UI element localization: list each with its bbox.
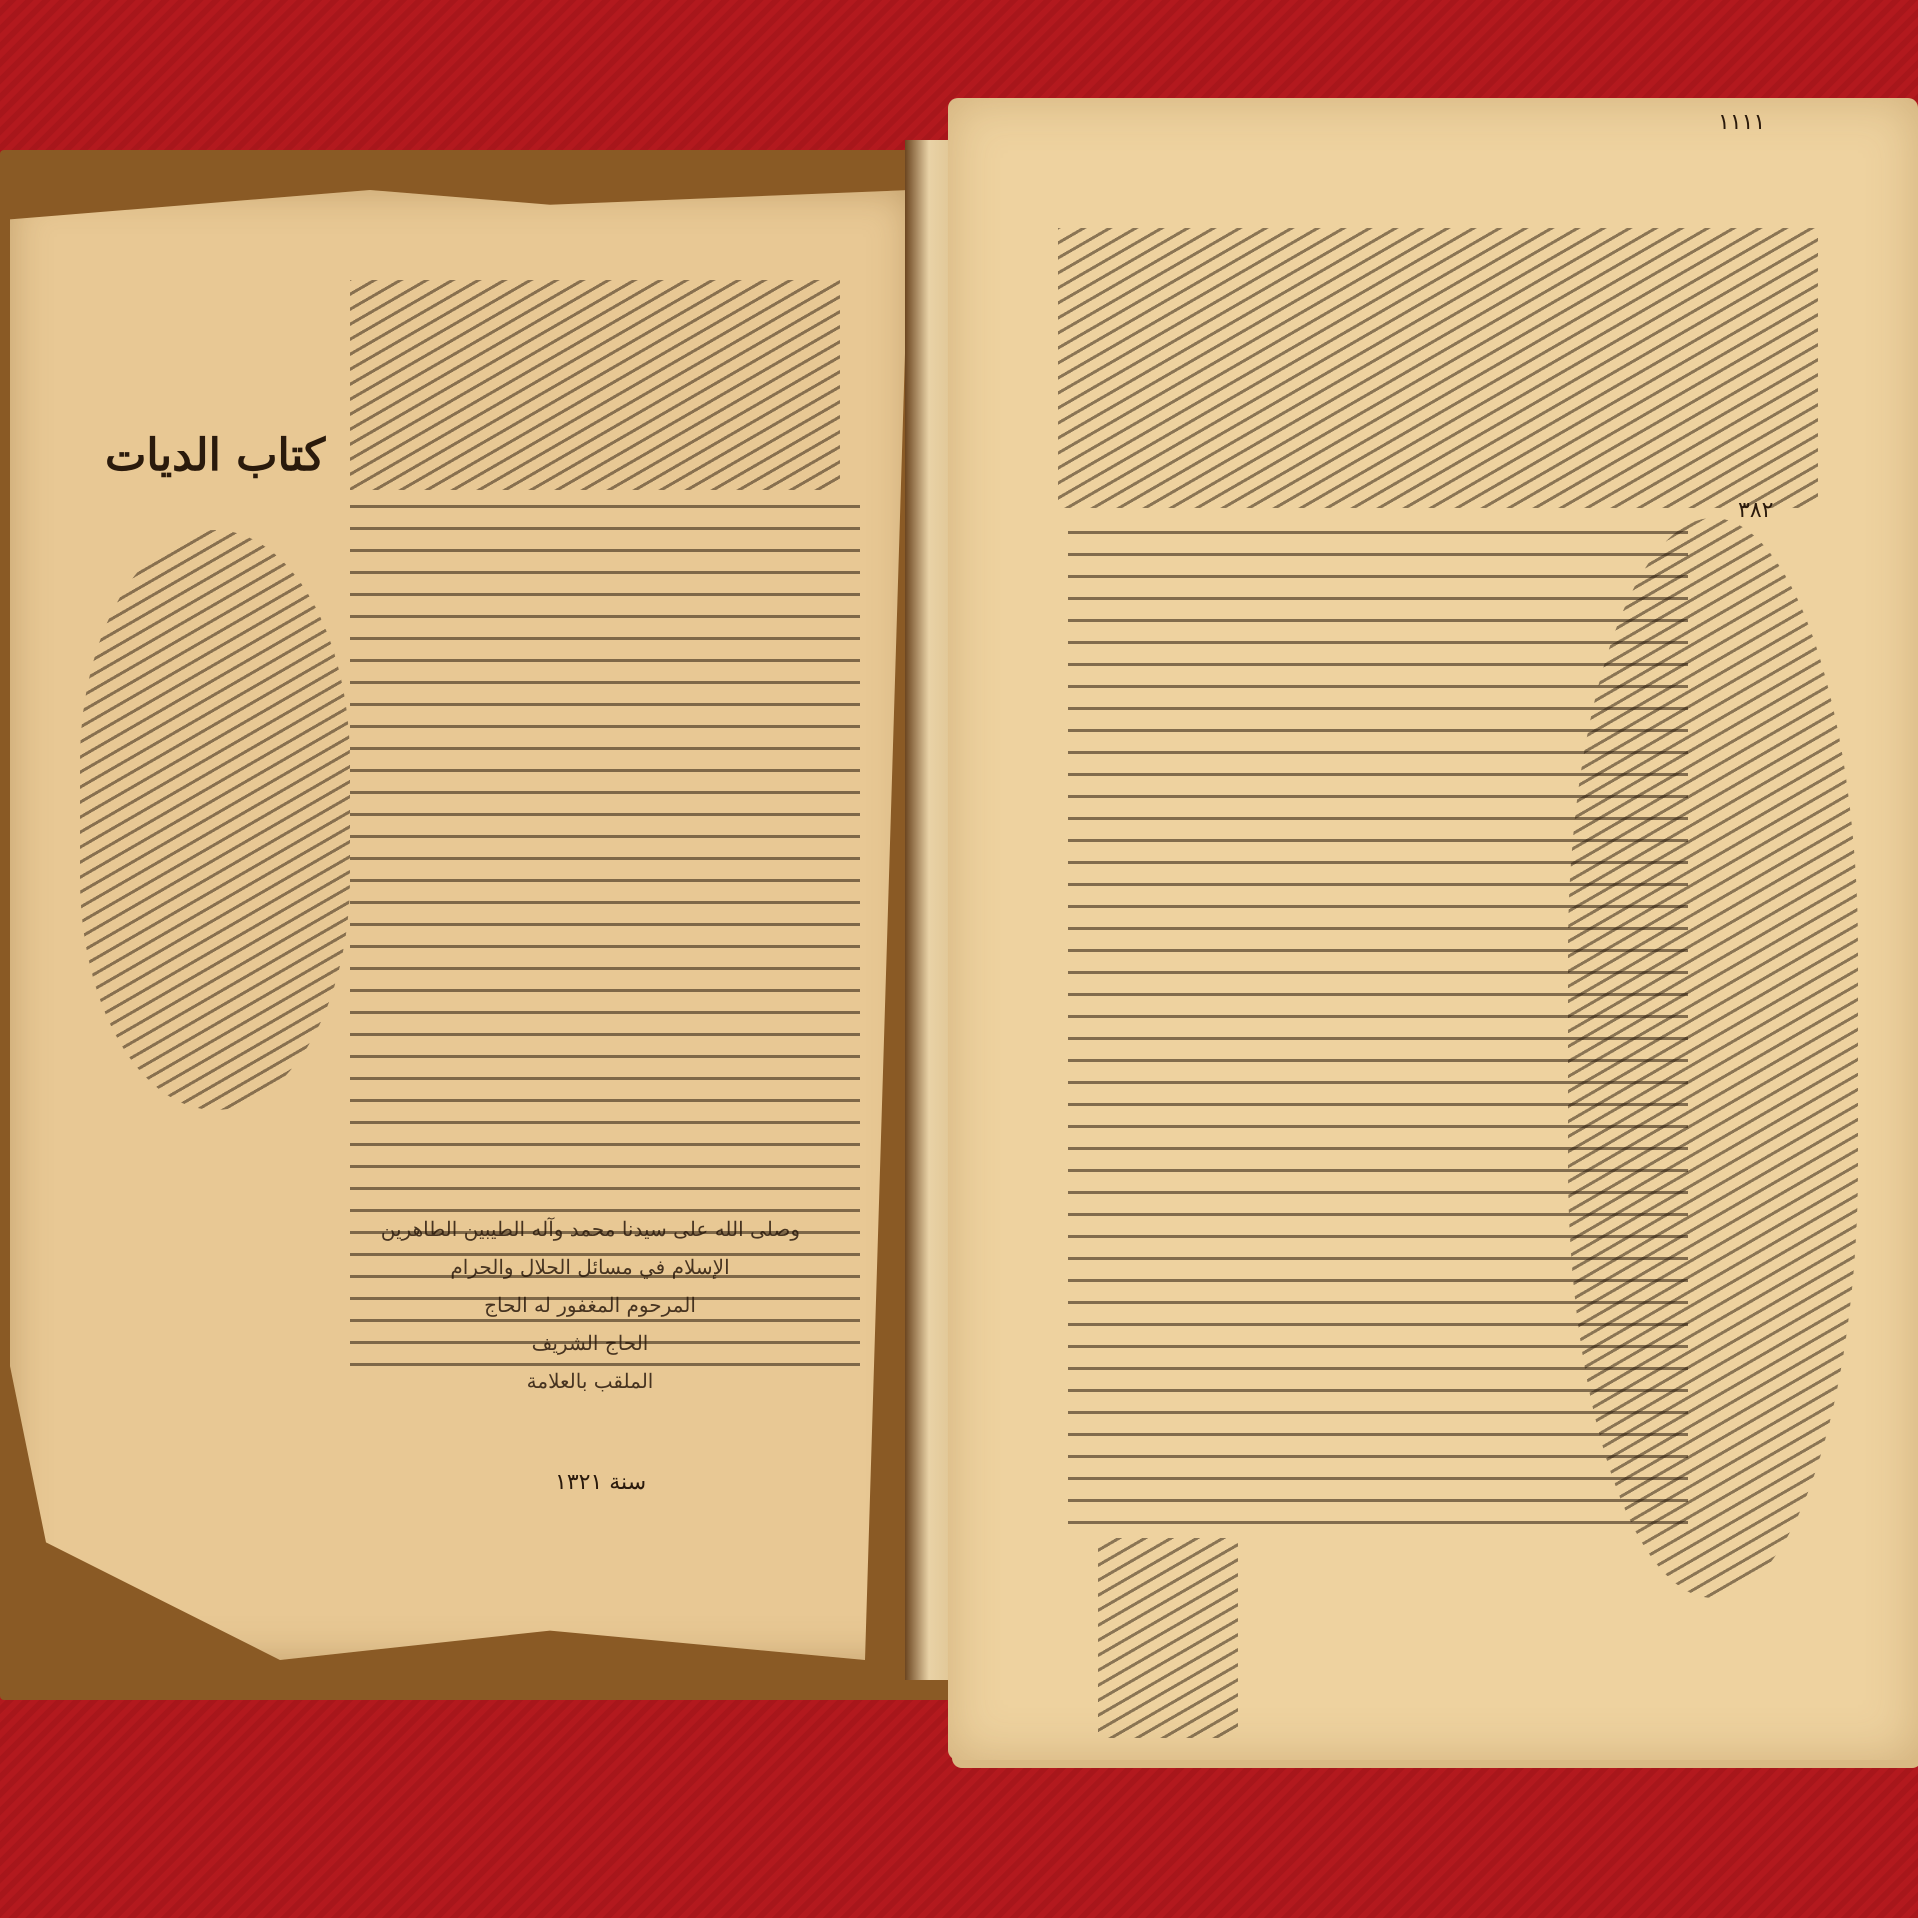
colophon-line: الإسلام في مسائل الحلال والحرام: [380, 1248, 800, 1286]
side-commentary-oval: [80, 530, 350, 1110]
diagonal-marginalia: [350, 280, 840, 490]
folio-number: ١١١١: [1718, 110, 1765, 135]
top-marginalia: [1058, 228, 1818, 508]
book-title: كتاب الديات: [105, 430, 325, 481]
colophon-line: المرحوم المغفور له الحاج: [380, 1286, 800, 1324]
bottom-marginalia: [1098, 1538, 1238, 1738]
colophon-date: سنة ١٣٢١: [555, 1470, 646, 1495]
colophon-line: الحاج الشريف: [380, 1324, 800, 1362]
left-manuscript-page: كتاب الديات وصلى الله على سيدنا محمد وآل…: [10, 190, 910, 1660]
page-marker: ٣٨٢: [1738, 498, 1773, 523]
colophon: وصلى الله على سيدنا محمد وآله الطيبين ال…: [380, 1210, 800, 1400]
side-commentary-oval: [1568, 518, 1858, 1598]
colophon-line: الملقب بالعلامة: [380, 1362, 800, 1400]
right-manuscript-page: ١١١١ ٣٨٢: [948, 98, 1918, 1760]
colophon-line: وصلى الله على سيدنا محمد وآله الطيبين ال…: [380, 1210, 800, 1248]
